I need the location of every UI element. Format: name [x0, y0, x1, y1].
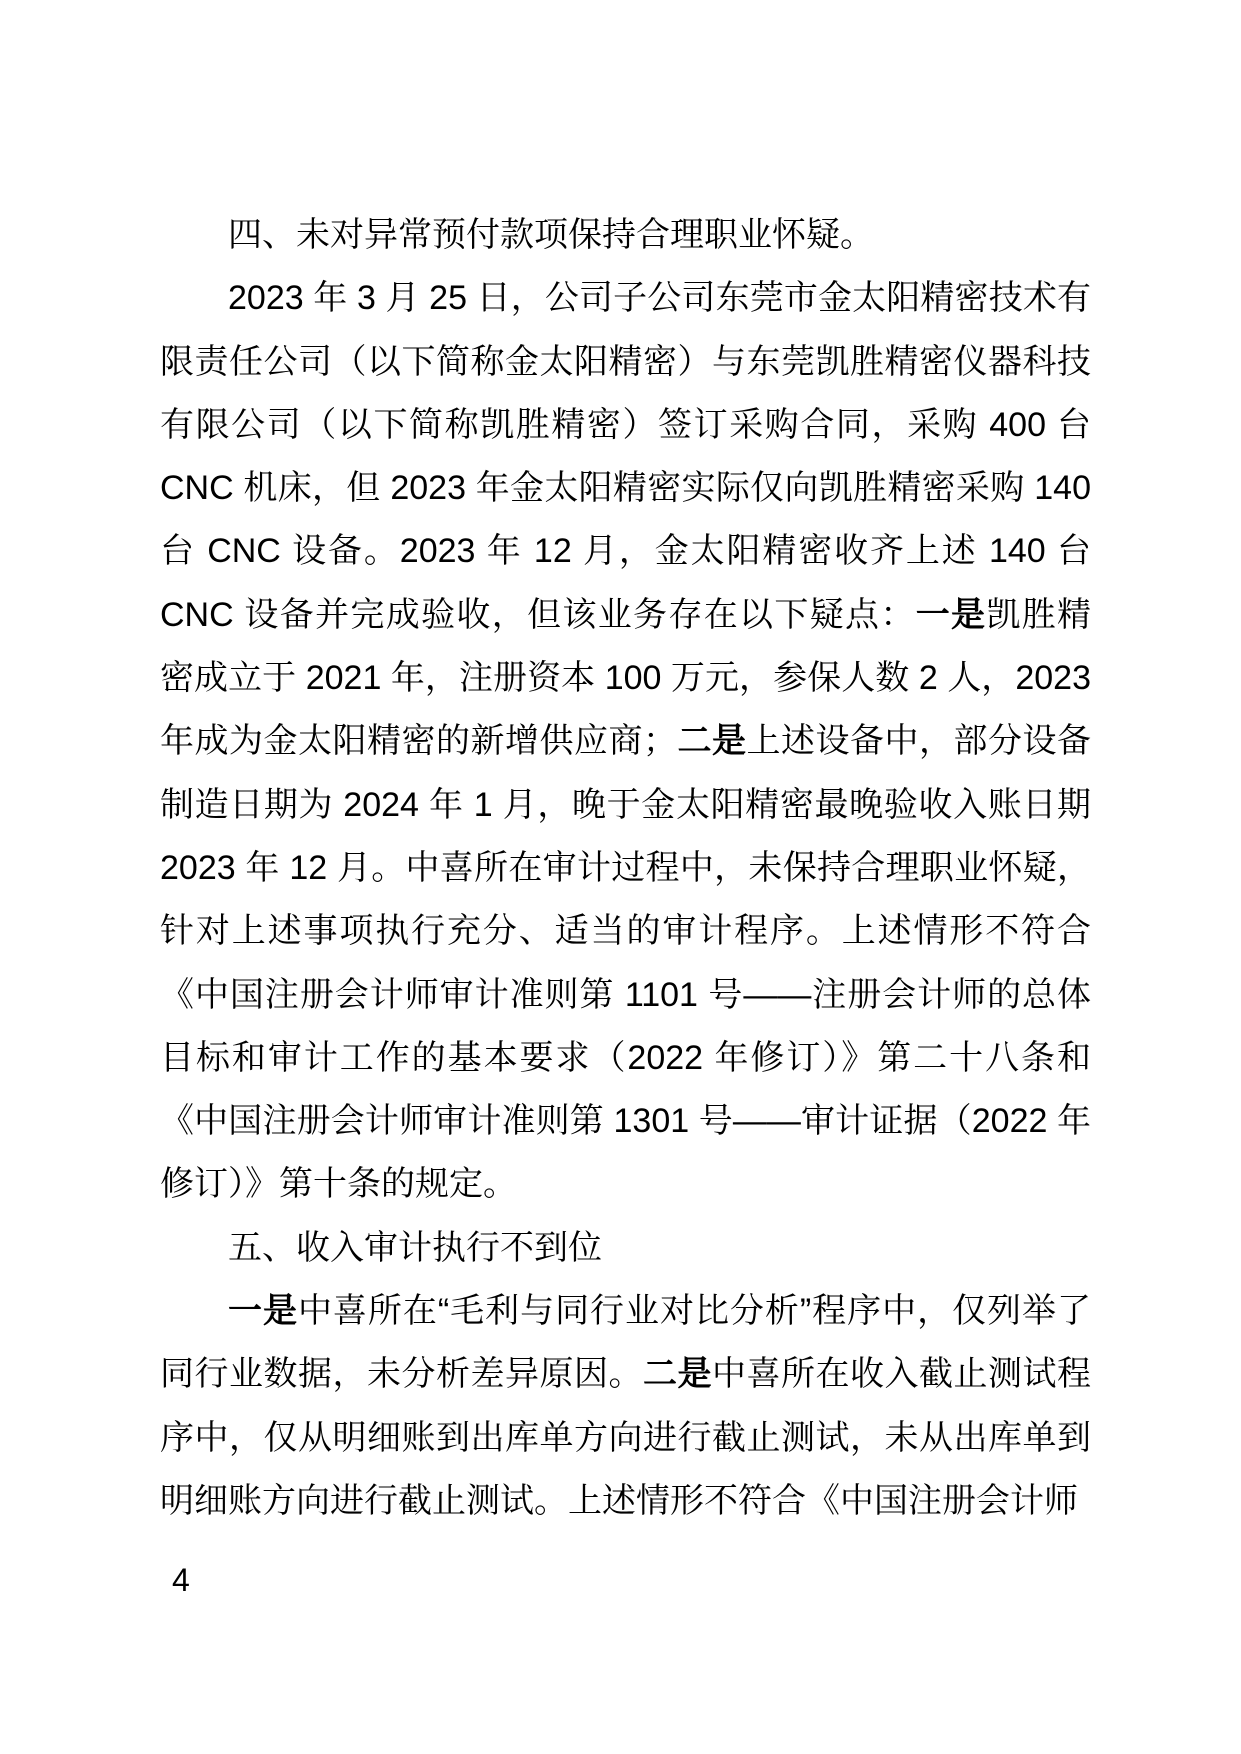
text-segment: 四、未对异常预付款项保持合理职业怀疑。: [228, 216, 874, 254]
page-footer: 4: [172, 1556, 190, 1604]
paragraph: 一是中喜所在“毛利与同行业对比分析”程序中，仅列举了同行业数据，未分析差异原因。…: [160, 1280, 1091, 1533]
bold-text-segment: 一是: [228, 1292, 298, 1330]
text-segment: 五、收入审计执行不到位: [228, 1229, 602, 1267]
text-segment: 2023 年 3 月 25 日，公司子公司东莞市金太阳精密技术有限责任公司（以下…: [160, 279, 1091, 633]
document-body: 四、未对异常预付款项保持合理职业怀疑。2023 年 3 月 25 日，公司子公司…: [160, 204, 1091, 1533]
bold-text-segment: 二是: [677, 722, 747, 760]
page-number: 4: [172, 1562, 190, 1598]
paragraph: 2023 年 3 月 25 日，公司子公司东莞市金太阳精密技术有限责任公司（以下…: [160, 267, 1091, 1216]
bold-text-segment: 一是: [916, 596, 987, 634]
bold-text-segment: 二是: [643, 1355, 712, 1393]
document-page: 四、未对异常预付款项保持合理职业怀疑。2023 年 3 月 25 日，公司子公司…: [0, 0, 1241, 1754]
section-heading: 四、未对异常预付款项保持合理职业怀疑。: [160, 204, 1091, 267]
text-segment: 上述设备中，部分设备制造日期为 2024 年 1 月，晚于金太阳精密最晚验收入账…: [160, 722, 1091, 1203]
section-heading: 五、收入审计执行不到位: [160, 1217, 1091, 1280]
